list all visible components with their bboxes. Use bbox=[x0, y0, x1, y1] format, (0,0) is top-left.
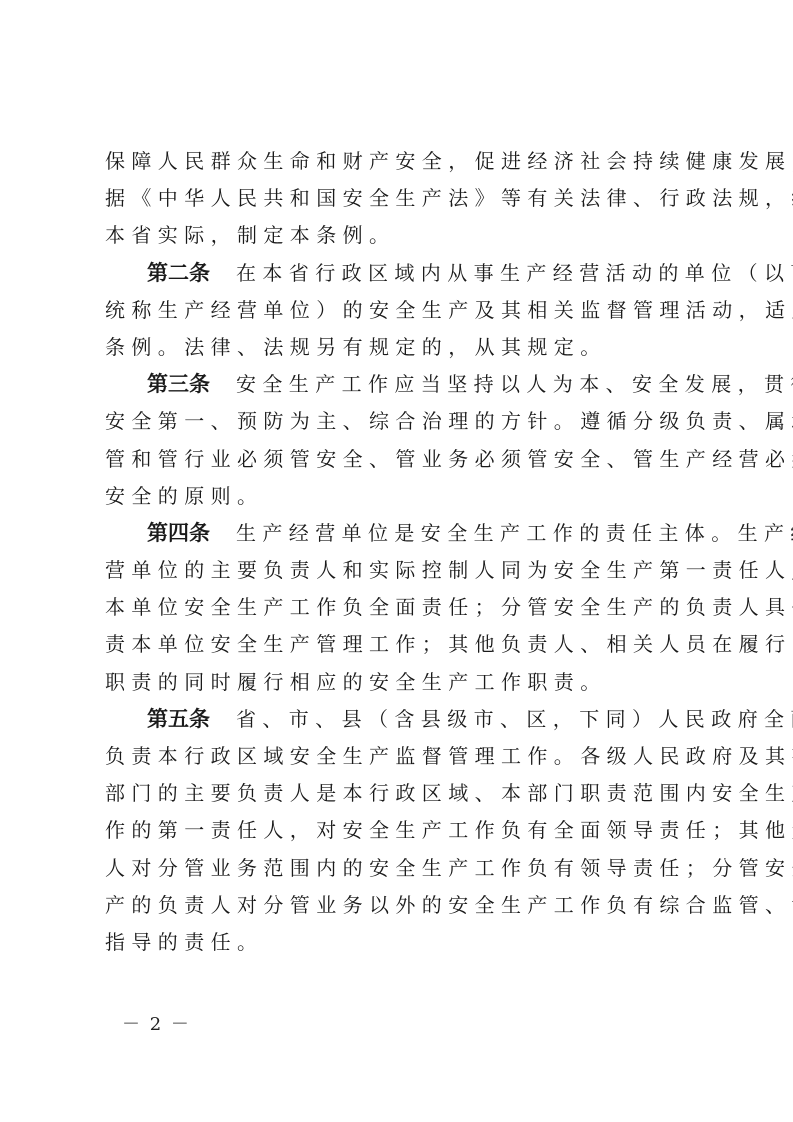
text-line: 职责的同时履行相应的安全生产工作职责。 bbox=[105, 664, 695, 701]
article-heading: 第二条 bbox=[147, 261, 210, 285]
document-body: 保障人民群众生命和财产安全，促进经济社会持续健康发展，根 据《中华人民共和国安全… bbox=[105, 143, 695, 961]
text-line: 统称生产经营单位）的安全生产及其相关监督管理活动，适用本 bbox=[105, 292, 695, 329]
line-text: 管和管行业必须管安全、管业务必须管安全、管生产经营必须管 bbox=[105, 447, 793, 471]
line-text: 据《中华人民共和国安全生产法》等有关法律、行政法规，结合 bbox=[105, 186, 793, 210]
text-line: 营单位的主要负责人和实际控制人同为安全生产第一责任人,对 bbox=[105, 552, 695, 589]
line-text: 营单位的主要负责人和实际控制人同为安全生产第一责任人,对 bbox=[105, 558, 793, 582]
text-line: 产的负责人对分管业务以外的安全生产工作负有综合监管、协调 bbox=[105, 887, 695, 924]
text-line: 据《中华人民共和国安全生产法》等有关法律、行政法规，结合 bbox=[105, 180, 695, 217]
text-line: 保障人民群众生命和财产安全，促进经济社会持续健康发展，根 bbox=[105, 143, 695, 180]
line-text: 部门的主要负责人是本行政区域、本部门职责范围内安全生产工 bbox=[105, 781, 793, 805]
article-3-line: 第三条安全生产工作应当坚持以人为本、安全发展，贯彻 bbox=[105, 366, 695, 403]
line-text: 在本省行政区域内从事生产经营活动的单位（以下 bbox=[236, 261, 793, 285]
article-heading: 第四条 bbox=[147, 521, 210, 545]
document-page: 保障人民群众生命和财产安全，促进经济社会持续健康发展，根 据《中华人民共和国安全… bbox=[0, 0, 793, 1122]
text-line: 管和管行业必须管安全、管业务必须管安全、管生产经营必须管 bbox=[105, 441, 695, 478]
text-line: 责本单位安全生产管理工作；其他负责人、相关人员在履行岗位 bbox=[105, 626, 695, 663]
article-heading: 第五条 bbox=[147, 707, 210, 731]
text-line: 条例。法律、法规另有规定的，从其规定。 bbox=[105, 329, 695, 366]
line-text: 统称生产经营单位）的安全生产及其相关监督管理活动，适用本 bbox=[105, 298, 793, 322]
article-heading: 第三条 bbox=[147, 372, 210, 396]
line-text: 生产经营单位是安全生产工作的责任主体。生产经 bbox=[236, 521, 793, 545]
page-number: － 2 － bbox=[122, 1010, 191, 1036]
text-line: 部门的主要负责人是本行政区域、本部门职责范围内安全生产工 bbox=[105, 775, 695, 812]
text-line: 本省实际，制定本条例。 bbox=[105, 217, 695, 254]
line-text: 条例。法律、法规另有规定的，从其规定。 bbox=[105, 335, 607, 359]
line-text: 本省实际，制定本条例。 bbox=[105, 223, 395, 247]
line-text: 安全第一、预防为主、综合治理的方针。遵循分级负责、属地监 bbox=[105, 409, 793, 433]
line-text: 本单位安全生产工作负全面责任；分管安全生产的负责人具体负 bbox=[105, 595, 793, 619]
article-5-line: 第五条省、市、县（含县级市、区，下同）人民政府全面 bbox=[105, 701, 695, 738]
line-text: 责本单位安全生产管理工作；其他负责人、相关人员在履行岗位 bbox=[105, 632, 793, 656]
line-text: 产的负责人对分管业务以外的安全生产工作负有综合监管、协调 bbox=[105, 893, 793, 917]
line-text: 安全的原则。 bbox=[105, 484, 263, 508]
text-line: 安全的原则。 bbox=[105, 478, 695, 515]
line-text: 保障人民群众生命和财产安全，促进经济社会持续健康发展，根 bbox=[105, 149, 793, 173]
article-2-line: 第二条在本省行政区域内从事生产经营活动的单位（以下 bbox=[105, 255, 695, 292]
text-line: 负责本行政区域安全生产监督管理工作。各级人民政府及其有关 bbox=[105, 738, 695, 775]
text-line: 安全第一、预防为主、综合治理的方针。遵循分级负责、属地监 bbox=[105, 403, 695, 440]
article-4-line: 第四条生产经营单位是安全生产工作的责任主体。生产经 bbox=[105, 515, 695, 552]
line-text: 指导的责任。 bbox=[105, 930, 263, 954]
text-line: 作的第一责任人，对安全生产工作负有全面领导责任；其他负责 bbox=[105, 812, 695, 849]
text-line: 人对分管业务范围内的安全生产工作负有领导责任；分管安全生 bbox=[105, 850, 695, 887]
text-line: 指导的责任。 bbox=[105, 924, 695, 961]
line-text: 职责的同时履行相应的安全生产工作职责。 bbox=[105, 670, 607, 694]
line-text: 安全生产工作应当坚持以人为本、安全发展，贯彻 bbox=[236, 372, 793, 396]
line-text: 省、市、县（含县级市、区，下同）人民政府全面 bbox=[236, 707, 793, 731]
line-text: 人对分管业务范围内的安全生产工作负有领导责任；分管安全生 bbox=[105, 856, 793, 880]
text-line: 本单位安全生产工作负全面责任；分管安全生产的负责人具体负 bbox=[105, 589, 695, 626]
line-text: 作的第一责任人，对安全生产工作负有全面领导责任；其他负责 bbox=[105, 818, 793, 842]
line-text: 负责本行政区域安全生产监督管理工作。各级人民政府及其有关 bbox=[105, 744, 793, 768]
